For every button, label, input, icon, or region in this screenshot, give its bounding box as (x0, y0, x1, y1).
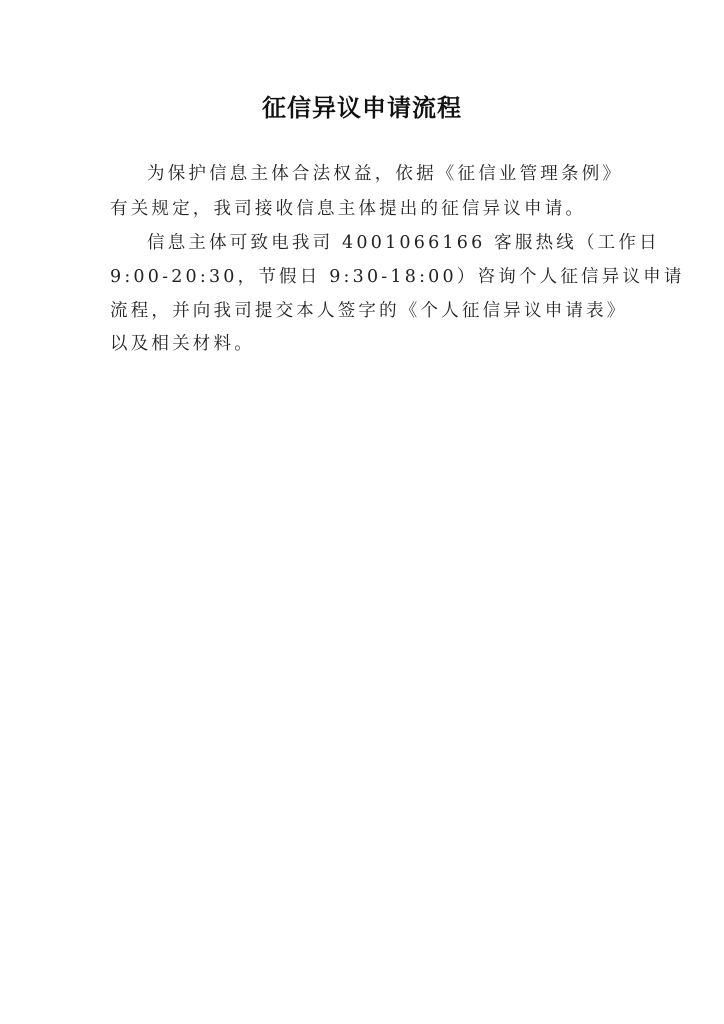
paragraph-line: 以及相关材料。 (110, 330, 610, 355)
paragraph-line: 信息主体可致电我司 4001066166 客服热线（工作日 (147, 229, 647, 254)
paragraph-line: 为保护信息主体合法权益，依据《征信业管理条例》 (147, 160, 647, 185)
paragraph-line: 流程，并向我司提交本人签字的《个人征信异议申请表》 (110, 297, 610, 322)
paragraph-line: 9:00-20:30，节假日 9:30-18:00）咨询个人征信异议申请 (110, 263, 610, 288)
document-page: 征信异议申请流程 为保护信息主体合法权益，依据《征信业管理条例》 有关规定，我司… (0, 0, 724, 1024)
paragraph-line: 有关规定，我司接收信息主体提出的征信异议申请。 (110, 195, 610, 220)
page-title: 征信异议申请流程 (0, 88, 724, 123)
